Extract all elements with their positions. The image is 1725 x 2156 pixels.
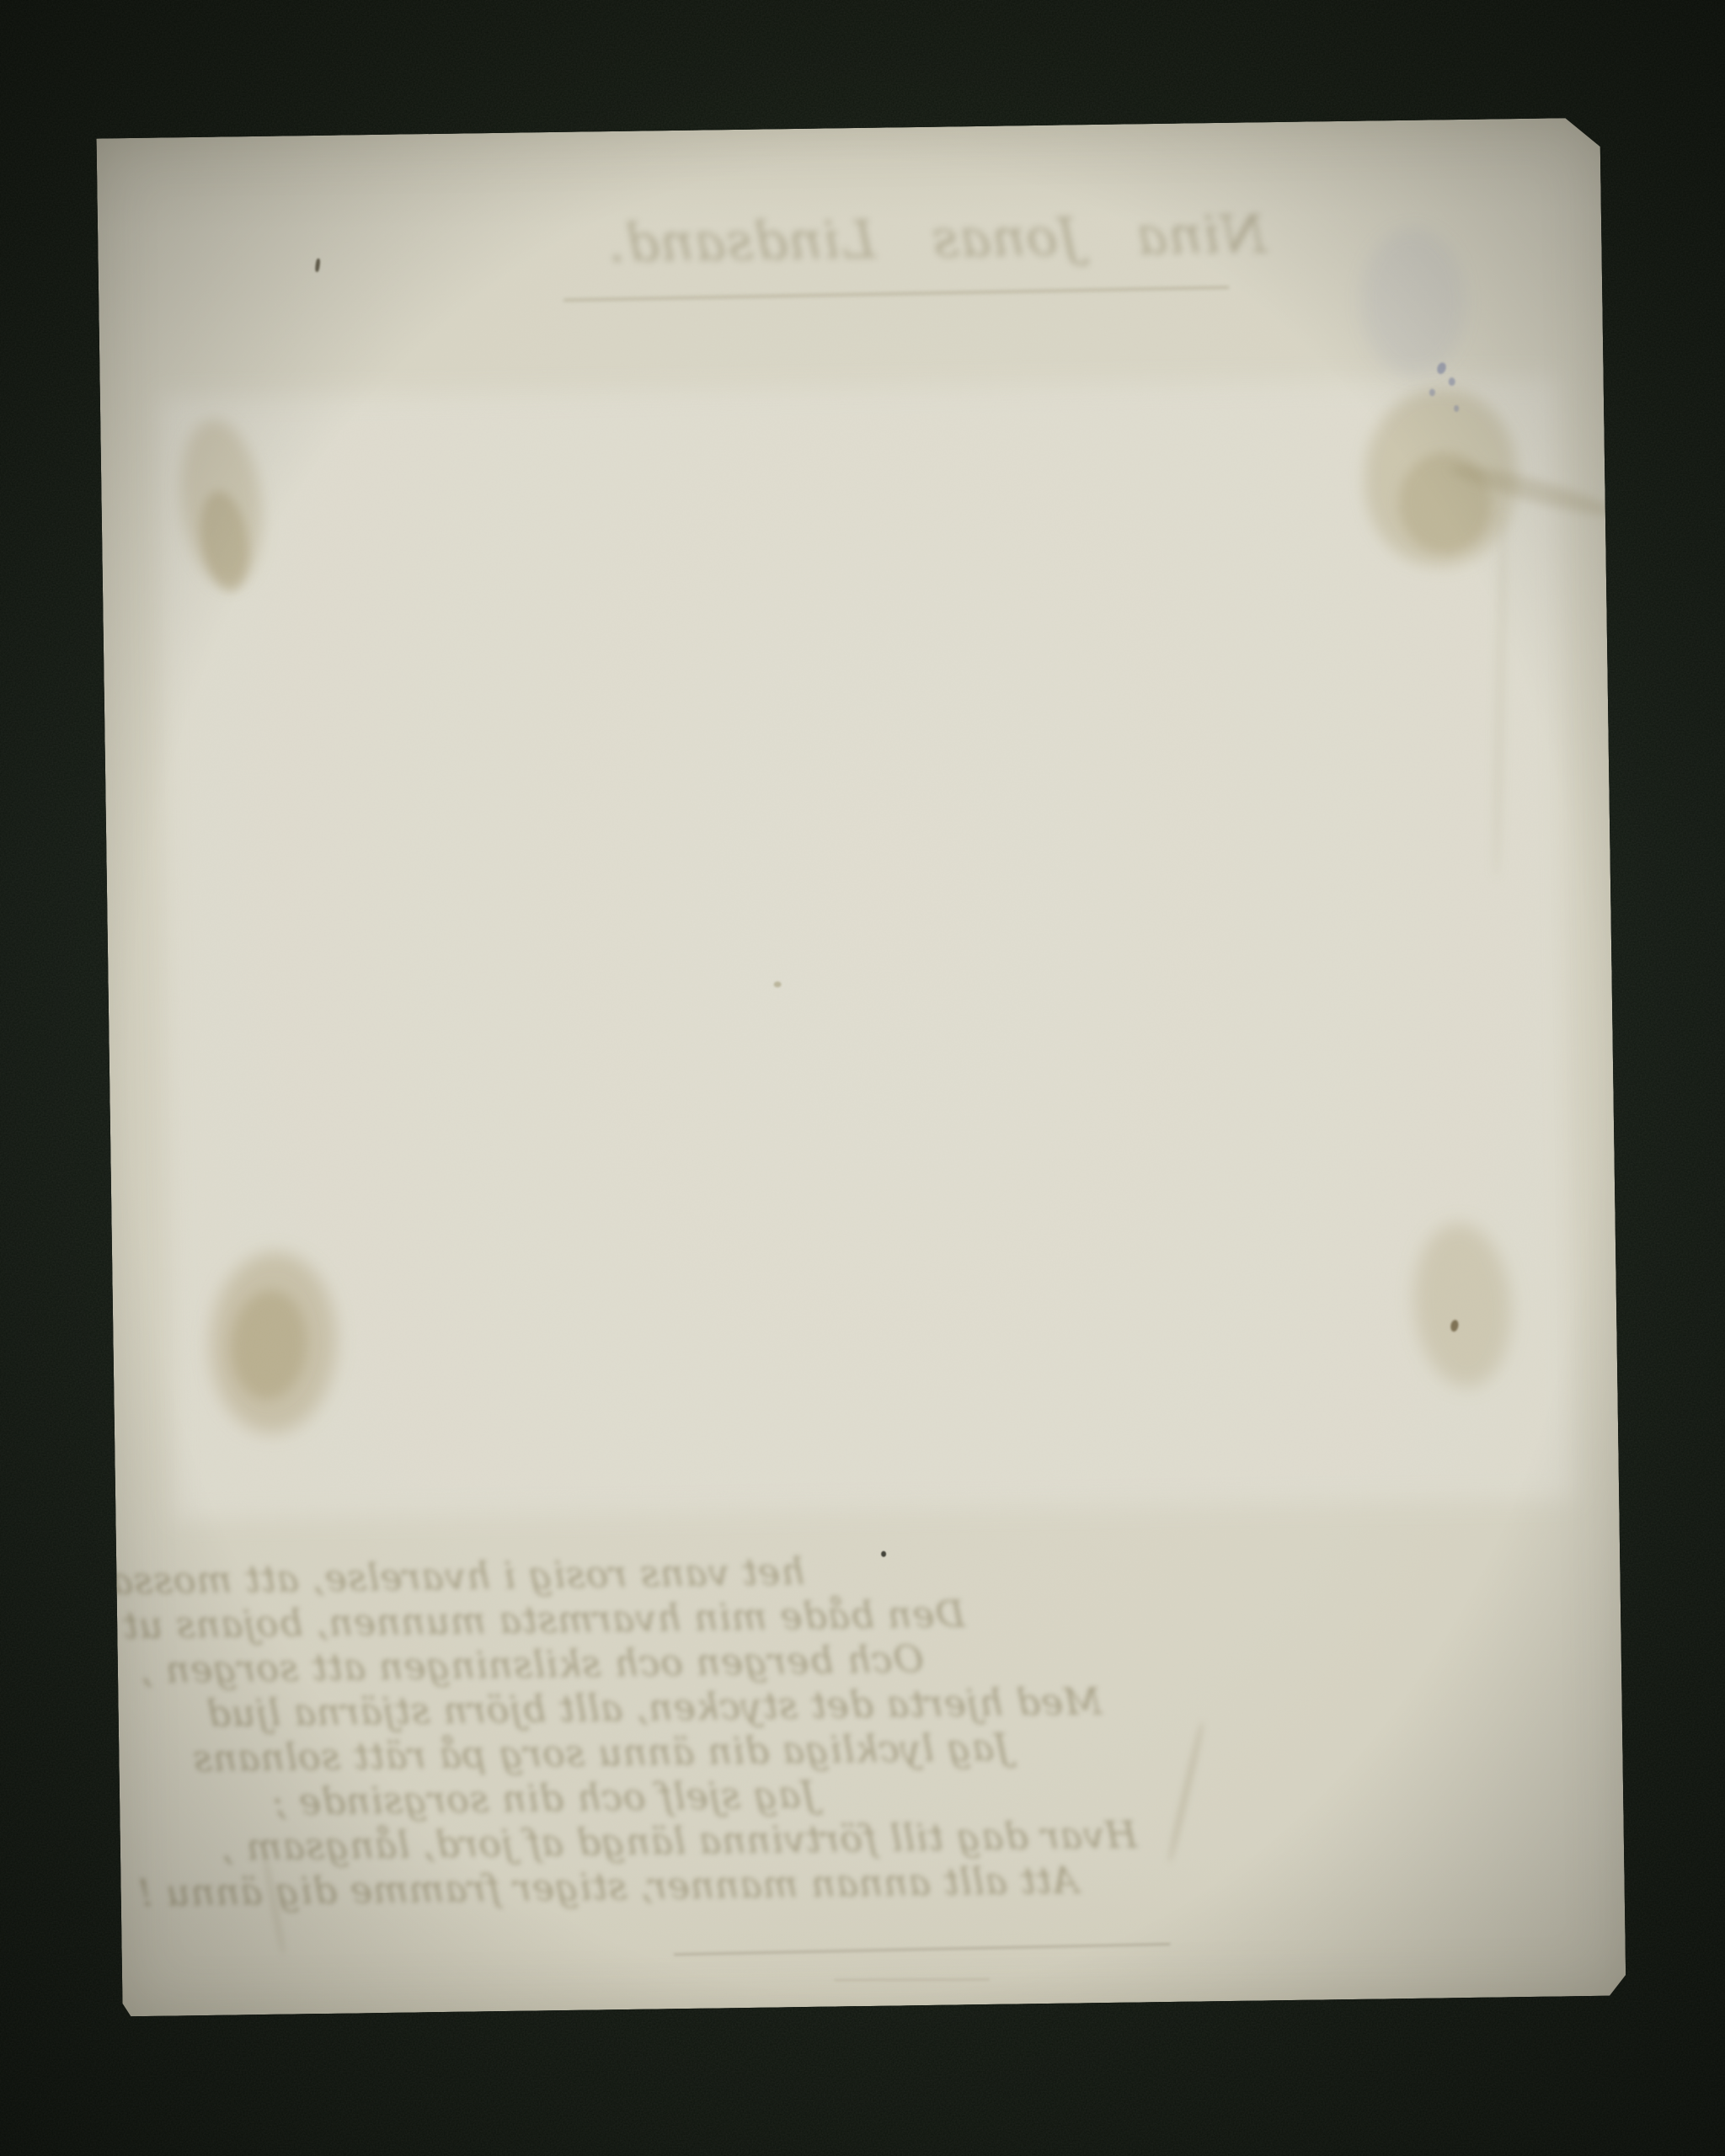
photograph-dark-backing: Nina Jonas Lindsand. het vans rosig i hv… <box>0 0 1725 2156</box>
showthrough-title-underline <box>563 286 1229 302</box>
blue-smudge-top-right <box>1359 227 1466 376</box>
olive-speck-center <box>774 981 782 987</box>
crease-line-bottom <box>674 1943 1171 1956</box>
crease-line-bottom-short <box>834 1978 990 1982</box>
blue-fleck <box>1449 377 1455 386</box>
blue-fleck <box>1454 405 1459 412</box>
stray-stroke-right <box>1167 1721 1206 1862</box>
mount-ghost-rectangle <box>159 377 1574 1518</box>
showthrough-title-line: Nina Jonas Lindsand. <box>607 203 1267 274</box>
showthrough-verse-line-5: Jag lyckliga din ännu sorg på rätt solna… <box>192 1726 1010 1781</box>
dark-fleck-mid <box>881 1551 886 1557</box>
stains-and-marks-layer <box>97 118 1600 139</box>
ink-showthrough-layer: Nina Jonas Lindsand. het vans rosig i hv… <box>97 118 1600 139</box>
showthrough-verse-line-6: Jag sjelf och din sorgsinde ; <box>272 1774 817 1824</box>
manuscript-page-verso: Nina Jonas Lindsand. het vans rosig i hv… <box>97 118 1626 2017</box>
dark-speck-top-left <box>315 259 321 273</box>
blue-fleck <box>1429 388 1435 396</box>
